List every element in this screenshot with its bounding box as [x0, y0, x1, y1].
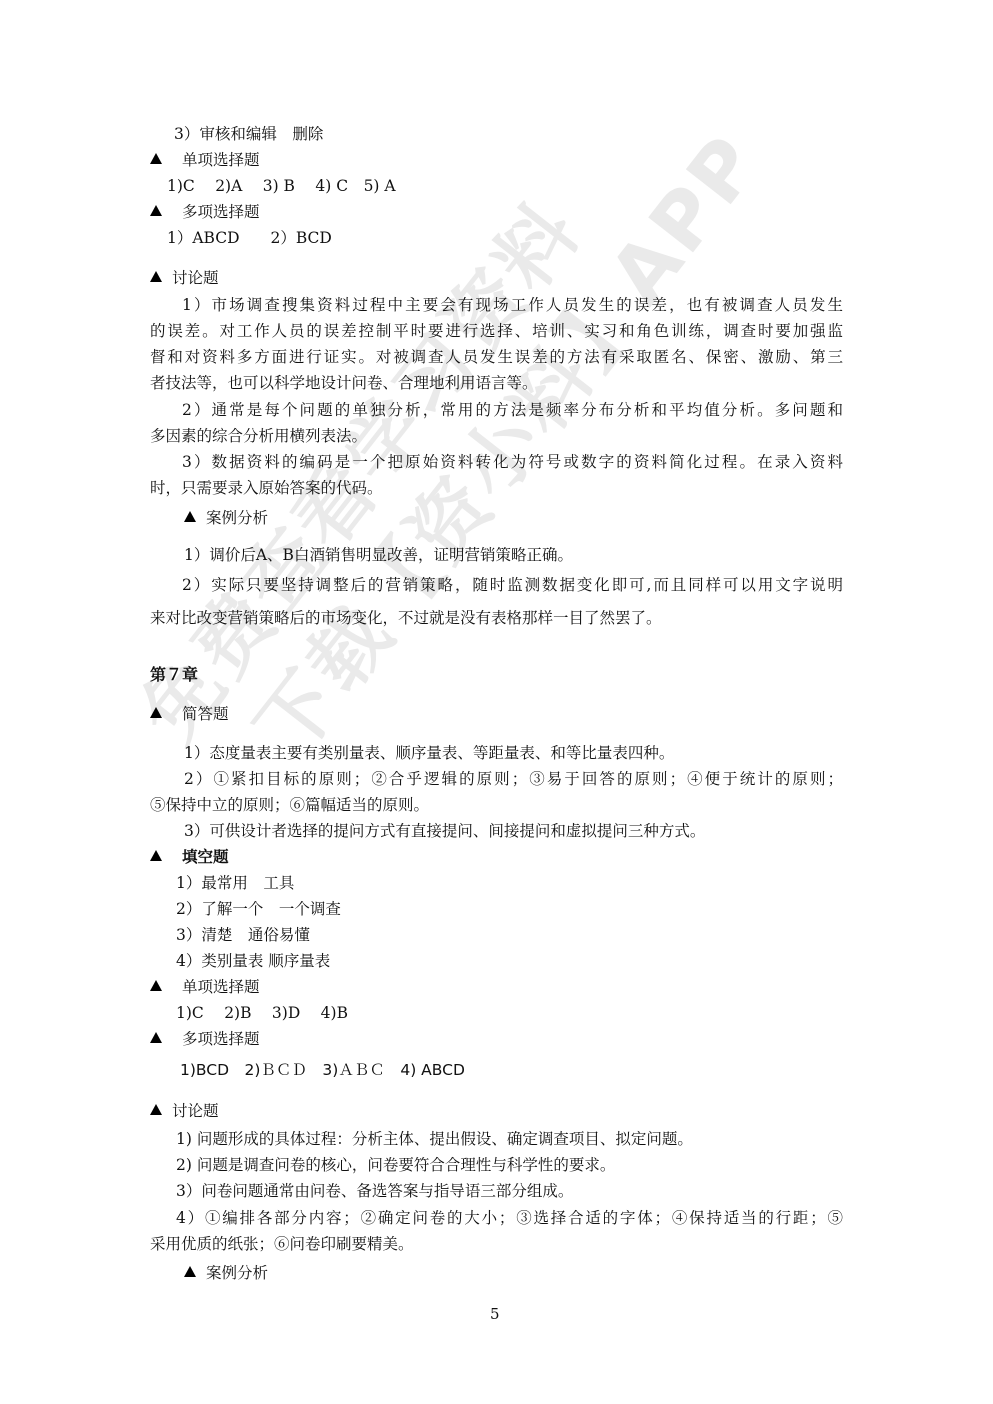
multi-choice-answers-ch7: 1)BCD 2)ＢＣＤ 3)ＡＢＣ 4) ABCD: [180, 1060, 465, 1080]
triangle-bullet-icon: [150, 850, 162, 861]
discussion-answer-1-line-4: 者技法等，也可以科学地设计问卷、合理地利用语言等。: [150, 373, 538, 393]
triangle-bullet-icon: [184, 1266, 196, 1277]
discussion-answer-3-line-1: 3）数据资料的编码是一个把原始资料转化为符号或数字的资料简化过程。在录入资料: [182, 452, 843, 472]
fill-blank-answer-3: 3）审核和编辑 删除: [174, 124, 323, 144]
discussion-answer-3-ch7: 3）问卷问题通常由问卷、备选答案与指导语三部分组成。: [176, 1181, 573, 1201]
heading-text: 单项选择题: [182, 978, 260, 996]
fill-blank-item-4: 4）类别量表 顺序量表: [176, 951, 330, 971]
single-choice-answers-ch7: 1)C 2)B 3)D 4)B: [176, 1003, 348, 1023]
triangle-bullet-icon: [150, 153, 162, 164]
fill-blank-item-3: 3）清楚 通俗易懂: [176, 925, 310, 945]
discussion-answer-2-line-2: 多因素的综合分析用横列表法。: [150, 426, 367, 446]
triangle-bullet-icon: [150, 707, 162, 718]
section-heading-discussion-ch7: 讨论题: [150, 1101, 219, 1121]
heading-text: 单项选择题: [182, 151, 260, 169]
heading-text: 多项选择题: [182, 1030, 260, 1048]
section-heading-single-choice-ch7: 单项选择题: [150, 977, 260, 997]
triangle-bullet-icon: [150, 205, 162, 216]
section-heading-case-analysis-ch7: 案例分析: [184, 1263, 268, 1283]
short-answer-2-line-1: 2）①紧扣目标的原则；②合乎逻辑的原则；③易于回答的原则；④便于统计的原则；: [184, 769, 843, 789]
triangle-bullet-icon: [150, 1032, 162, 1043]
heading-text: 讨论题: [172, 269, 219, 287]
heading-text: 多项选择题: [182, 203, 260, 221]
section-heading-case-analysis: 案例分析: [184, 508, 268, 528]
triangle-bullet-icon: [184, 511, 196, 522]
page-number: 5: [490, 1305, 500, 1323]
short-answer-3: 3）可供设计者选择的提问方式有直接提问、间接提问和虚拟提问三种方式。: [184, 821, 705, 841]
heading-text: 案例分析: [206, 1264, 268, 1282]
discussion-answer-1-ch7: 1) 问题形成的具体过程：分析主体、提出假设、确定调查项目、拟定问题。: [176, 1129, 693, 1149]
document-page: 免费查看学习资料 下载【资小料】APP 3）审核和编辑 删除 单项选择题 1)C…: [0, 0, 993, 1404]
fill-blank-item-1: 1）最常用 工具: [176, 873, 294, 893]
discussion-answer-1-line-1: 1）市场调查搜集资料过程中主要会有现场工作人员发生的误差，也有被调查人员发生: [182, 295, 843, 315]
section-heading-short-answer: 简答题: [150, 704, 229, 724]
chapter-title: 第７章: [150, 665, 198, 685]
triangle-bullet-icon: [150, 271, 162, 282]
discussion-answer-3-line-2: 时，只需要录入原始答案的代码。: [150, 478, 383, 498]
section-heading-fill-blank: 填空题: [150, 847, 229, 867]
section-heading-multi-choice: 多项选择题: [150, 202, 260, 222]
short-answer-1: 1）态度量表主要有类别量表、顺序量表、等距量表、和等比量表四种。: [184, 743, 674, 763]
discussion-answer-2-ch7: 2) 问题是调查问卷的核心，问卷要符合合理性与科学性的要求。: [176, 1155, 615, 1175]
case-analysis-answer-1: 1）调价后A、B白酒销售明显改善，证明营销策略正确。: [184, 545, 573, 565]
heading-text: 案例分析: [206, 509, 268, 527]
section-heading-single-choice: 单项选择题: [150, 150, 260, 170]
heading-text: 简答题: [182, 705, 229, 723]
heading-text: 讨论题: [172, 1102, 219, 1120]
discussion-answer-2-line-1: 2）通常是每个问题的单独分析，常用的方法是频率分布分析和平均值分析。多问题和: [182, 400, 843, 420]
single-choice-answers: 1)C 2)A 3) B 4) C 5) A: [167, 176, 396, 196]
discussion-answer-1-line-2: 的误差。对工作人员的误差控制平时要进行选择、培训、实习和角色训练，调查时要加强监: [150, 321, 843, 341]
multi-choice-answers: 1）ABCD 2）BCD: [167, 228, 332, 248]
case-analysis-answer-2-line-1: 2）实际只要坚持调整后的营销策略，随时监测数据变化即可,而且同样可以用文字说明: [182, 575, 843, 595]
triangle-bullet-icon: [150, 980, 162, 991]
case-analysis-answer-2-line-2: 来对比改变营销策略后的市场变化，不过就是没有表格那样一目了然罢了。: [150, 608, 662, 628]
section-heading-discussion: 讨论题: [150, 268, 219, 288]
discussion-answer-1-line-3: 督和对资料多方面进行证实。对被调查人员发生误差的方法有采取匿名、保密、激励、第三: [150, 347, 843, 367]
discussion-answer-4-line-1-ch7: 4）①编排各部分内容；②确定问卷的大小；③选择合适的字体；④保持适当的行距；⑤: [176, 1208, 843, 1228]
fill-blank-item-2: 2）了解一个 一个调查: [176, 899, 341, 919]
discussion-answer-4-line-2-ch7: 采用优质的纸张；⑥问卷印刷要精美。: [150, 1234, 414, 1254]
short-answer-2-line-2: ⑤保持中立的原则；⑥篇幅适当的原则。: [150, 795, 429, 815]
section-heading-multi-choice-ch7: 多项选择题: [150, 1029, 260, 1049]
triangle-bullet-icon: [150, 1104, 162, 1115]
heading-text: 填空题: [182, 847, 229, 866]
